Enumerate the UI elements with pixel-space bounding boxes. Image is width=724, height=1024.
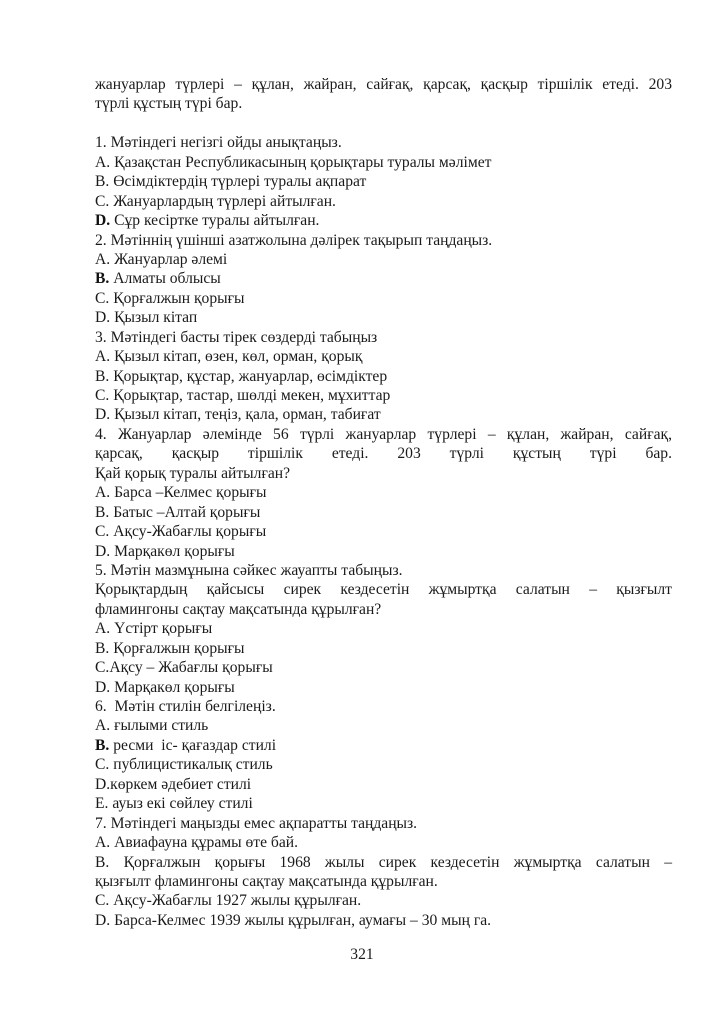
option-text: Марқакөл қорығы [114,679,235,696]
question-text: Жануарлар әлемінде 56 түрлі жануарлар тү… [118,426,672,443]
question-text: Қорықтардың қайсысы сирек кездесетін жұм… [95,581,672,598]
q5-option-a: A. Үстірт қорығы [95,619,672,638]
option-text: қызғылт фламингоны сақтау мақсатында құр… [95,873,438,890]
q7-option-a: A. Авиафауна құрамы өте бай. [95,833,672,852]
option-text: Қорғалжын қорығы [113,290,244,307]
option-letter: D. [95,406,110,423]
question-text: Мәтін мазмұнына сәйкес жауапты табыңыз. [111,562,403,579]
option-letter: E. [95,795,108,812]
option-text: Марқакөл қорығы [114,543,235,560]
option-letter: B. [95,854,109,871]
document-page: жануарлар түрлері – құлан, жайран, сайға… [95,75,672,930]
option-text: Жануарлардың түрлері айтылған. [113,193,336,210]
q5-option-d: D. Марқакөл қорығы [95,678,672,697]
option-letter: B. [95,640,109,657]
q2-option-d: D. Қызыл кітап [95,308,672,327]
question-number: 4. [95,426,107,443]
option-text: көркем әдебиет стилі [110,776,251,793]
option-text: Қызыл кітап, өзен, көл, орман, қорық [114,348,362,365]
q6-option-e: E. ауыз екі сөйлеу стилі [95,794,672,813]
q2-option-a: A. Жануарлар әлемі [95,250,672,269]
option-letter: A. [95,348,110,365]
question-number: 6. [95,698,107,715]
option-text: Ақсу – Жабағлы қорығы [109,659,272,676]
option-letter: C. [95,193,109,210]
q7-option-d: D. Барса-Келмес 1939 жылы құрылған, аума… [95,911,672,930]
option-letter: C. [95,290,109,307]
q6-option-a: A. ғылыми стиль [95,716,672,735]
q5-option-b: B. Қорғалжын қорығы [95,639,672,658]
q6-option-d: D.көркем әдебиет стилі [95,775,672,794]
option-letter: A. [95,154,110,171]
option-letter: D. [95,679,110,696]
option-letter: A. [95,484,110,501]
option-letter: D. [95,776,110,793]
option-text: ғылыми стиль [114,717,208,734]
option-letter: B. [95,173,109,190]
question-text: Мәтіндегі басты тірек сөздерді табыңыз [111,329,378,346]
q3-option-a: A. Қызыл кітап, өзен, көл, орман, қорық [95,347,672,366]
option-letter: B. [95,368,109,385]
question-4-line-2: қарсақ, қасқыр тіршілік етеді. 203 түрлі… [95,444,672,463]
question-7: 7. Мәтіндегі маңызды емес ақпаратты таңд… [95,814,672,833]
option-letter: C. [95,756,109,773]
question-text: қарсақ, қасқыр тіршілік етеді. 203 түрлі… [95,445,672,462]
option-letter: C. [95,387,109,404]
question-text: Қай қорық туралы айтылған? [95,465,290,482]
blank-line [95,114,672,133]
option-letter: A. [95,834,110,851]
option-text: Қорғалжын қорығы 1968 жылы сирек кездесе… [124,854,672,871]
option-letter: C. [95,659,109,676]
option-text: Ақсу-Жабағлы 1927 жылы құрылған. [113,892,361,909]
intro-line-1: жануарлар түрлері – құлан, жайран, сайға… [95,75,672,94]
question-1: 1. Мәтіндегі негізгі ойды анықтаңыз. [95,133,672,152]
option-letter: D. [95,212,110,229]
intro-text-2: түрлі құстың түрі бар. [95,95,242,112]
option-text: Қызыл кітап [114,309,197,326]
option-letter: D. [95,309,110,326]
option-text: Барса –Келмес қорығы [114,484,266,501]
option-letter: B. [95,504,109,521]
question-5: 5. Мәтін мазмұнына сәйкес жауапты табыңы… [95,561,672,580]
option-text: Қорықтар, құстар, жануарлар, өсімдіктер [113,368,387,385]
option-text: ауыз екі сөйлеу стилі [112,795,252,812]
q2-option-c: C. Қорғалжын қорығы [95,289,672,308]
q1-option-c: C. Жануарлардың түрлері айтылған. [95,192,672,211]
q3-option-c: C. Қорықтар, тастар, шөлді мекен, мұхитт… [95,386,672,405]
question-2: 2. Мәтіннің үшінші азатжолына дәлірек та… [95,231,672,250]
option-text: Сұр кесіртке туралы айтылған. [114,212,319,229]
option-letter: B. [95,737,109,754]
q7-option-b-line-2: қызғылт фламингоны сақтау мақсатында құр… [95,872,672,891]
option-text: Үстірт қорығы [114,620,212,637]
intro-line-2: түрлі құстың түрі бар. [95,94,672,113]
question-5-subtext-2: фламингоны сақтау мақсатында құрылған? [95,600,672,619]
question-text: Мәтіндегі негізгі ойды анықтаңыз. [111,134,342,151]
question-text: Мәтіндегі маңызды емес ақпаратты таңдаңы… [111,815,417,832]
option-letter: A. [95,620,110,637]
q1-option-a: A. Қазақстан Республикасының қорықтары т… [95,153,672,172]
q6-option-b: B. ресми іс- қағаздар стилі [95,736,672,755]
question-text: Мәтіннің үшінші азатжолына дәлірек тақыр… [111,232,493,249]
option-letter: B. [95,270,109,287]
question-5-subtext-1: Қорықтардың қайсысы сирек кездесетін жұм… [95,580,672,599]
option-text: Қорғалжын қорығы [113,640,244,657]
q2-option-b: B. Алматы облысы [95,269,672,288]
option-letter: D. [95,543,110,560]
option-letter: C. [95,892,109,909]
option-text: ресми іс- қағаздар стилі [113,737,276,754]
option-text: Қазақстан Республикасының қорықтары тура… [114,154,491,171]
question-4-line-3: Қай қорық туралы айтылған? [95,464,672,483]
q5-option-c: C.Ақсу – Жабағлы қорығы [95,658,672,677]
option-text: Жануарлар әлемі [114,251,227,268]
question-3: 3. Мәтіндегі басты тірек сөздерді табыңы… [95,328,672,347]
q3-option-d: D. Қызыл кітап, теңіз, қала, орман, таби… [95,405,672,424]
option-text: Батыс –Алтай қорығы [113,504,260,521]
option-text: публицистикалық стиль [113,756,273,773]
question-4: 4. Жануарлар әлемінде 56 түрлі жануарлар… [95,425,672,444]
q4-option-b: B. Батыс –Алтай қорығы [95,503,672,522]
option-text: Алматы облысы [113,270,221,287]
option-text: Өсімдіктердің түрлері туралы ақпарат [113,173,366,190]
option-letter: A. [95,251,110,268]
option-letter: C. [95,523,109,540]
q4-option-d: D. Марқакөл қорығы [95,542,672,561]
option-letter: A. [95,717,110,734]
option-text: Авиафауна құрамы өте бай. [114,834,298,851]
question-6: 6. Мәтін стилін белгілеңіз. [95,697,672,716]
q4-option-c: C. Ақсу-Жабағлы қорығы [95,522,672,541]
question-number: 5. [95,562,107,579]
q3-option-b: B. Қорықтар, құстар, жануарлар, өсімдікт… [95,367,672,386]
option-text: Қызыл кітап, теңіз, қала, орман, табиғат [114,406,381,423]
option-text: Қорықтар, тастар, шөлді мекен, мұхиттар [113,387,390,404]
q7-option-c: C. Ақсу-Жабағлы 1927 жылы құрылған. [95,891,672,910]
question-number: 3. [95,329,107,346]
question-number: 2. [95,232,107,249]
question-text: Мәтін стилін белгілеңіз. [115,698,276,715]
q4-option-a: A. Барса –Келмес қорығы [95,483,672,502]
question-number: 7. [95,815,107,832]
q7-option-b: B. Қорғалжын қорығы 1968 жылы сирек кезд… [95,853,672,872]
question-text: фламингоны сақтау мақсатында құрылған? [95,601,381,618]
page-number: 321 [0,946,724,964]
q6-option-c: C. публицистикалық стиль [95,755,672,774]
option-text: Ақсу-Жабағлы қорығы [113,523,266,540]
intro-text-1: жануарлар түрлері – құлан, жайран, сайға… [95,76,672,93]
q1-option-d: D. Сұр кесіртке туралы айтылған. [95,211,672,230]
option-text: Барса-Келмес 1939 жылы құрылған, аумағы … [114,912,491,929]
option-letter: D. [95,912,110,929]
question-number: 1. [95,134,107,151]
q1-option-b: B. Өсімдіктердің түрлері туралы ақпарат [95,172,672,191]
